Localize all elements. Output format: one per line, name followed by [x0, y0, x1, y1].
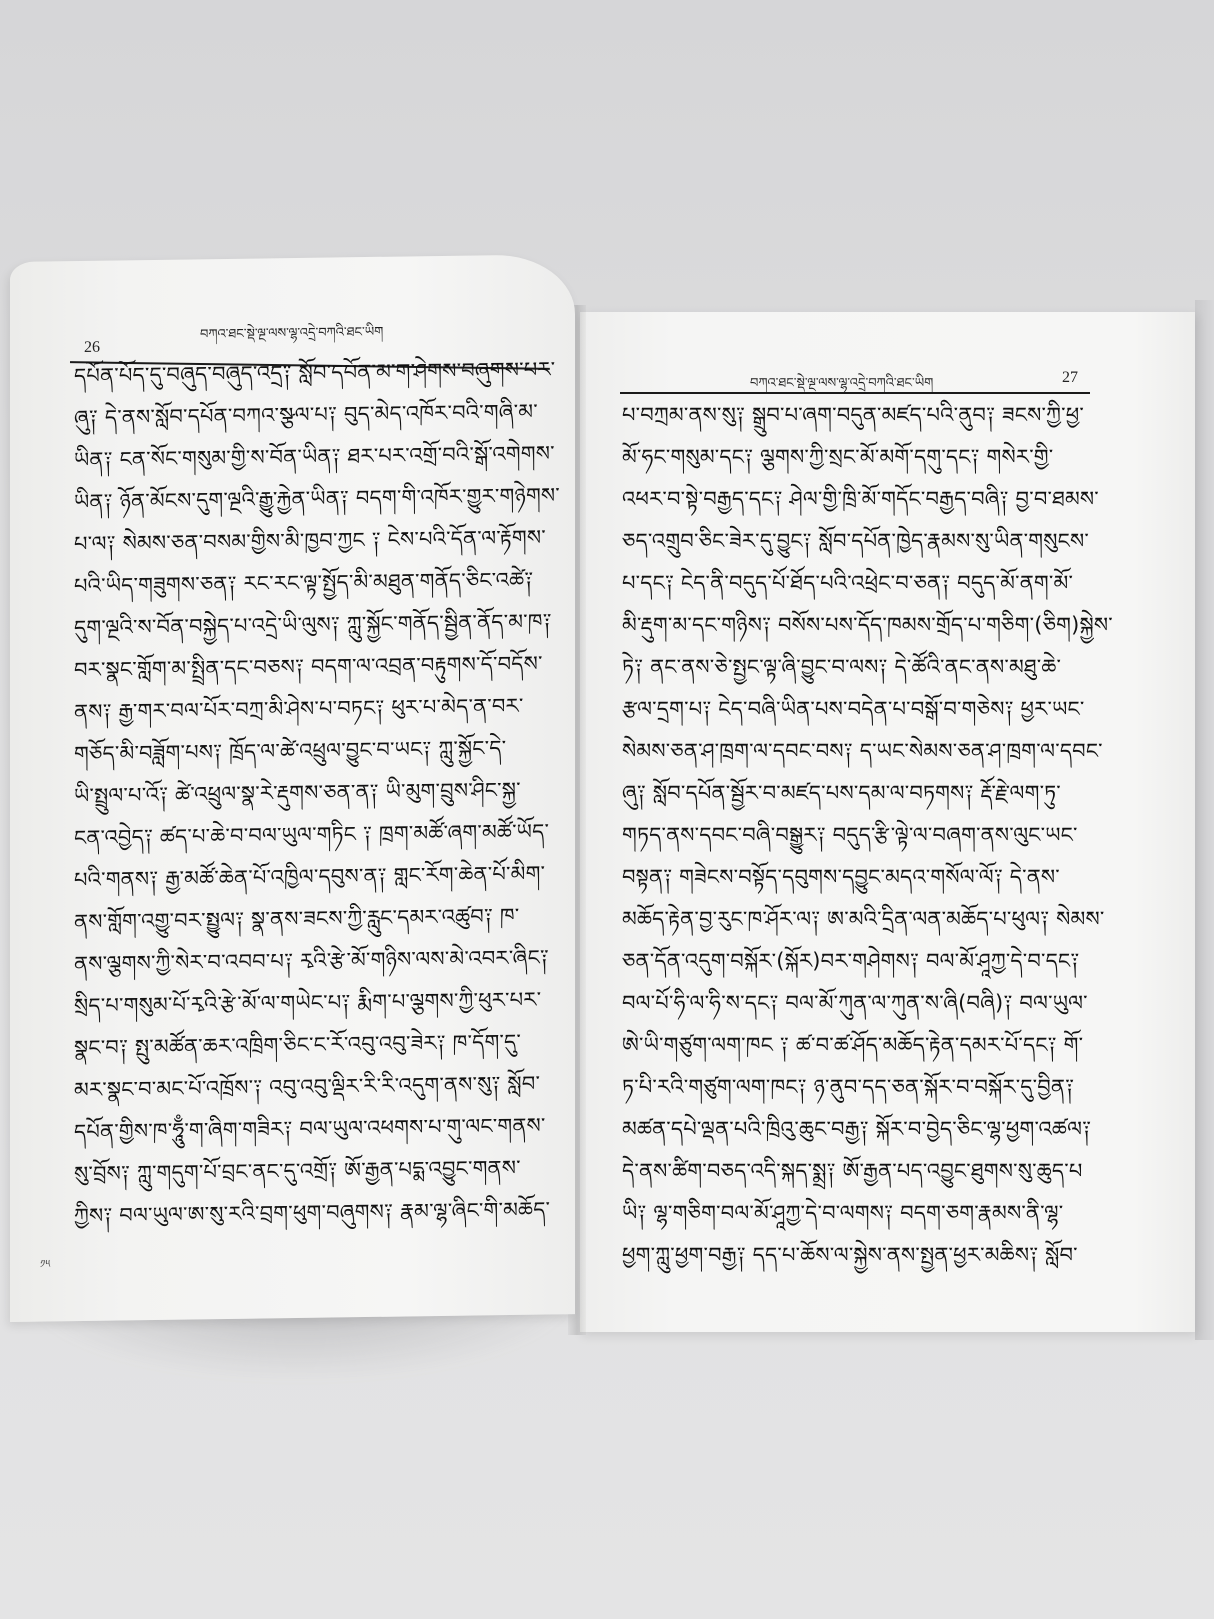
text-line: བསྟན༑ གཟེངས་བསྟོད་དབུགས་དབྱུང་མདའ་གསོལ་ལ…	[622, 862, 1060, 892]
right-header-rule	[620, 392, 1090, 394]
left-page: བཀའ་ཐང་སྡེ་ལྔ་ལས་ལྷ་འདྲེ་བཀའི་ཐང་ཡིག 26 …	[10, 254, 575, 1322]
text-line: ཀྱིས༑ བལ་ཡུལ་ཨ་སུ་རའི་བྲག་ཕུག་བཞུགས༑ རྣམ…	[74, 1194, 550, 1231]
text-line: གཏད་ནས་དབང་བཞི་བསྒྱུར༑ བདུད་རྩི་ལྟེ་ལ་བཞ…	[622, 820, 1078, 850]
text-line: གཅོད་མི་བཟློག་པས༑ ཁྲོད་ལ་ཚེ་འཕྲུལ་བྱུང་བ…	[74, 733, 506, 769]
right-page: བཀའ་ཐང་སྡེ་ལྔ་ལས་ལྷ་འདྲེ་བཀའི་ཐང་ཡིག 27 …	[580, 312, 1195, 1332]
left-running-head: བཀའ་ཐང་སྡེ་ལྔ་ལས་ལྷ་འདྲེ་བཀའི་ཐང་ཡིག	[200, 317, 383, 357]
text-line: དཔོན་གྱིས་ཁ་ཧཱུྃ་ག་ཞིག་གཟིར༑ བལ་ཡུལ་འཕགས…	[74, 1111, 546, 1148]
text-line: མཚན་དཔེ་ལྡན་པའི་ཁྲིའུ་ཆུང་བརྒྱ༑ སྐོར་བ་བ…	[622, 1114, 1091, 1144]
text-line: ངན་འབྱེད༑ ཚད་པ་ཆེ་བ་བལ་ཡུལ་གཏིང ༑ ཁྲག་མཚ…	[74, 816, 549, 853]
text-line: ནས་གློག་འགྱུ་བར་སྤྱུལ༑ སྣ་ནས་ཟངས་ཀྱི་རླུ…	[74, 901, 519, 937]
margin-note: ༡༥	[40, 1251, 50, 1282]
text-line: པ་ལ༑ སེམས་ཅན་བསམ་གྱིས་མི་ཁྱབ་ཀྱང ༑ ངེས་པ…	[74, 523, 546, 560]
text-line: ཞུ༑ སློབ་དཔོན་སྦྱོར་བ་མཛད་པས་དམ་ལ་བཏགས༑ …	[622, 778, 1061, 808]
text-line: མོ་ཧང་གསུམ་དང༑ ལྕགས་ཀྱི་སྲང་མོ་མགོ་དགུ་ད…	[622, 442, 1053, 472]
text-line: ཞུ༑ དེ་ནས་སློབ་དཔོན་བཀའ་སྩལ་པ༑ བུད་མེད་འ…	[74, 397, 538, 433]
text-line: པ་བཀྲམ་ནས་སུ༑ སྒྲུབ་པ་ཞག་བདུན་མཛད་པའི་ནུ…	[622, 400, 1084, 430]
text-line: ཡིན༑ ཉོན་མོངས་དུག་ལྔའི་རྒྱུ་རྐྱེན་ཡིན༑ བ…	[74, 480, 560, 517]
left-page-number: 26	[84, 339, 100, 357]
text-line: སུ་བྲོས༑ ཀླུ་གདུག་པོ་བྲང་ནང་དུ་འགྲོ༑ ཨོ་…	[74, 1153, 521, 1189]
text-line: པ་དང༑ ངེད་ནི་བདུད་པོ་ཐོད་པའི་འཕྲེང་བ་ཅན༑…	[622, 568, 1073, 598]
text-line: མཆོད་རྟེན་བྱ་རུང་ཁ་ཤོར་ལ༑ ཨ་མའི་དྲིན་ལན་…	[622, 904, 1104, 934]
text-line: རྩལ་དྲག་པ༑ ངེད་བཞི་ཡིན་པས་བདེན་པ་བསྒོ་བ་…	[622, 694, 1084, 724]
text-line: དེ་ནས་ཚིག་བཅད་འདི་སྐད་སྨྲ༑ ཨོ་རྒྱན་པད་འབ…	[622, 1156, 1083, 1186]
text-line: དུག་ལྔའི་ས་བོན་བསྐྱེད་པ་འདྲེ་ཡི་ལུས༑ ཀླུ…	[74, 606, 552, 643]
text-line: ཡི་སྤྲུལ་པ་འོ༑ ཚེ་འཕྲུལ་སྣ་རེ་རྡུགས་ཅན་ན…	[74, 775, 521, 811]
text-line: ཡིན༑ ངན་སོང་གསུམ་གྱི་ས་བོན་ཡིན༑ ཐར་པར་འག…	[74, 438, 555, 475]
text-line: པའི་གནས༑ རྒྱ་མཚོ་ཆེན་པོ་འཁྱིལ་དབུས་ན༑ གླ…	[74, 859, 545, 896]
text-line: སྲིད་པ་གསུམ་པོ་རྭའི་རྩེ་མོ་ལ་གཡེང་པ༑ རྨི…	[74, 985, 541, 1022]
text-line: མར་སྣང་བ་མང་པོ་འཁྲོས་༑ འབུ་འབུ་ལྡིར་རི་ར…	[74, 1069, 540, 1106]
text-line: མི་རྡུག་མ་དང་གཉིས༑ བསོས་པས་དོད་ཁམས་གྲོད་…	[622, 610, 1113, 640]
text-line: པའི་ཡིད་གཟུགས་ཅན༑ རང་རང་ལྟ་སྤྱོད་མི་མཐུན…	[74, 565, 533, 601]
right-page-number: 27	[1062, 369, 1078, 387]
text-line: བར་སྣང་གློག་མ་སྤྲིན་དང་བཅས༑ བདག་ལ་འབྲན་བ…	[74, 649, 543, 686]
text-line: ཅད་འགྲུབ་ཅིང་ཟེར་དུ་བྱུང༑ སློབ་དཔོན་ཁྱེད…	[622, 526, 1089, 556]
text-line: ཕྱག་ཀླུ་ཕྱག་བརྒྱ༑ དད་པ་ཆོས་ལ་སྐྱེས་ནས་སྤ…	[622, 1240, 1078, 1270]
text-line: ཏ་པི་རའི་གཙུག་ལག་ཁང༑ ཉ་ནུབ་དད་ཅན་སྐོར་བ་…	[622, 1072, 1074, 1102]
text-line: བལ་པོ་ཧི་ལ་ཧི་ས་དང༑ བལ་མོ་ཀུན་ལ་ཀུན་ས་ཞི…	[622, 988, 1088, 1018]
text-line: ཏེ༑ ནང་ནས་ཅེ་སྤྱང་ལྟ་ཞི་བྱུང་བ་ལས༑ དེ་ཚོ…	[622, 652, 1061, 682]
page-stack-edge	[1195, 300, 1214, 1340]
text-line: ནས་ལྕགས་ཀྱི་སེར་བ་འབབ་པ༑ རྭའི་རྩེ་མོ་གཉི…	[74, 942, 549, 979]
text-line: དཔོན་པོད་དུ་བཞུད་བཞུད་འདྲ༑ སློབ་དཔོན་མ་ག…	[74, 354, 555, 391]
text-line: སྣང་བ༑ སྤུ་མཚོན་ཆར་འཁྲིག་ཅིང་ང་རོ་འབུ་འབ…	[74, 1027, 521, 1063]
text-line: ནས༑ རྒྱ་གར་བལ་པོར་བཀྲ་མི་ཤེས་པ་བཏང༑ ཕུར་…	[74, 691, 523, 727]
text-line: ཡི༑ ལྷ་གཅིག་བལ་མོ་ཤཱཀྱ་དེ་བ་ལགས༑ བདག་ཅག་…	[622, 1198, 1063, 1228]
text-line: ཅན་དོན་འདུག་བསྐོར་(སྐོར)བར་གཤེགས༑ བལ་མོ་…	[622, 946, 1079, 976]
text-line: སེམས་ཅན་ཤ་ཁྲག་ལ་དབང་བས༑ ད་ཡང་སེམས་ཅན་ཤ་ཁ…	[622, 736, 1103, 766]
text-line: ཨེ་ཡི་གཙུག་ལག་ཁང ༑ ཚ་བ་ཚ་ཤོད་མཆོད་རྟེན་ད…	[622, 1030, 1083, 1060]
text-line: འཕར་བ་སྟེ་བརྒྱད་དང༑ ཤེལ་གྱི་ཁྲི་མོ་གདོང་…	[622, 484, 1099, 514]
